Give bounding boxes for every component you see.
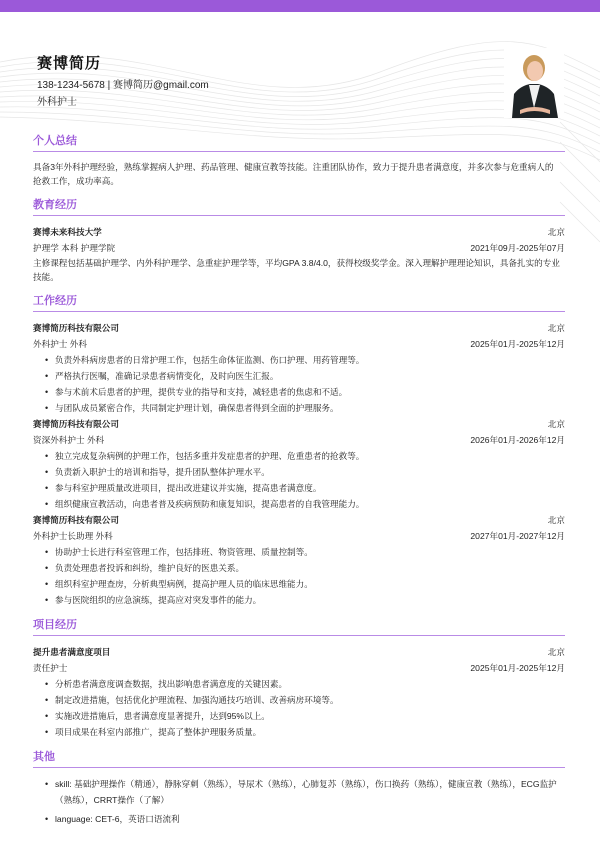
work-date: 2025年01月-2025年12月 [470, 337, 565, 351]
work-bullets: 独立完成复杂病例的护理工作，包括多重并发症患者的护理、危重患者的抢救等。 负责新… [33, 448, 565, 512]
candidate-name: 赛博简历 [37, 52, 101, 73]
work-date: 2027年01月-2027年12月 [470, 529, 565, 543]
work-location: 北京 [548, 513, 565, 527]
project-location: 北京 [548, 645, 565, 659]
position: 资深外科护士 外科 [33, 433, 104, 447]
section-title-others: 其他 [33, 748, 565, 768]
bullet-item: 参与术前术后患者的护理，提供专业的指导和支持，减轻患者的焦虑和不适。 [45, 384, 565, 400]
bullet-item: 制定改进措施，包括优化护理流程、加强沟通技巧培训、改善病房环境等。 [45, 692, 565, 708]
bullet-item: 与团队成员紧密合作，共同制定护理计划，确保患者得到全面的护理服务。 [45, 400, 565, 416]
work-row-position: 资深外科护士 外科 2026年01月-2026年12月 [33, 432, 565, 448]
work-body: 赛博简历科技有限公司 北京 外科护士 外科 2025年01月-2025年12月 … [33, 312, 565, 608]
bullet-item: 组织健康宣教活动，向患者普及疾病预防和康复知识，提高患者的自我管理能力。 [45, 496, 565, 512]
education-section: 教育经历 赛博未来科技大学 北京 护理学 本科 护理学院 2021年09月-20… [33, 196, 565, 284]
project-row-name: 提升患者满意度项目 北京 [33, 644, 565, 660]
projects-section: 项目经历 提升患者满意度项目 北京 责任护士 2025年01月-2025年12月… [33, 616, 565, 740]
summary-section: 个人总结 具备3年外科护理经验，熟练掌握病人护理、药品管理、健康宣教等技能。注重… [33, 132, 565, 188]
education-date: 2021年09月-2025年07月 [470, 241, 565, 255]
section-title-projects: 项目经历 [33, 616, 565, 636]
resume-header: 赛博简历 138-1234-5678 | 赛博简历@gmail.com 外科护士 [33, 12, 565, 124]
work-location: 北京 [548, 417, 565, 431]
work-row-company: 赛博简历科技有限公司 北京 [33, 416, 565, 432]
company-name: 赛博简历科技有限公司 [33, 513, 119, 527]
projects-body: 提升患者满意度项目 北京 责任护士 2025年01月-2025年12月 分析患者… [33, 636, 565, 740]
work-row-company: 赛博简历科技有限公司 北京 [33, 320, 565, 336]
resume-page: 赛博简历 138-1234-5678 | 赛博简历@gmail.com 外科护士… [33, 12, 565, 830]
work-entry: 赛博简历科技有限公司 北京 外科护士 外科 2025年01月-2025年12月 … [33, 320, 565, 416]
company-name: 赛博简历科技有限公司 [33, 417, 119, 431]
education-description: 主修课程包括基础护理学、内外科护理学、急重症护理学等，平均GPA 3.8/4.0… [33, 256, 565, 284]
work-section: 工作经历 赛博简历科技有限公司 北京 外科护士 外科 2025年01月-2025… [33, 292, 565, 608]
section-title-education: 教育经历 [33, 196, 565, 216]
bullet-item: 组织科室护理查房，分析典型病例，提高护理人员的临床思维能力。 [45, 576, 565, 592]
work-entry: 赛博简历科技有限公司 北京 资深外科护士 外科 2026年01月-2026年12… [33, 416, 565, 512]
major: 护理学 本科 护理学院 [33, 241, 115, 255]
bullet-item: 负责新入职护士的培训和指导，提升团队整体护理水平。 [45, 464, 565, 480]
others-body: skill: 基础护理操作（精通），静脉穿刺（熟练），导尿术（熟练），心肺复苏（… [33, 768, 565, 827]
work-entry: 赛博简历科技有限公司 北京 外科护士长助理 外科 2027年01月-2027年1… [33, 512, 565, 608]
bullet-item: 协助护士长进行科室管理工作，包括排班、物资管理、质量控制等。 [45, 544, 565, 560]
section-title-summary: 个人总结 [33, 132, 565, 152]
summary-text: 具备3年外科护理经验，熟练掌握病人护理、药品管理、健康宣教等技能。注重团队协作，… [33, 152, 565, 188]
others-list: skill: 基础护理操作（精通），静脉穿刺（熟练），导尿术（熟练），心肺复苏（… [33, 776, 565, 827]
education-body: 赛博未来科技大学 北京 护理学 本科 护理学院 2021年09月-2025年07… [33, 216, 565, 284]
project-row-role: 责任护士 2025年01月-2025年12月 [33, 660, 565, 676]
project-bullets: 分析患者满意度调查数据，找出影响患者满意度的关键因素。 制定改进措施，包括优化护… [33, 676, 565, 740]
education-row-2: 护理学 本科 护理学院 2021年09月-2025年07月 [33, 240, 565, 256]
bullet-item: 参与医院组织的应急演练，提高应对突发事件的能力。 [45, 592, 565, 608]
company-name: 赛博简历科技有限公司 [33, 321, 119, 335]
language-item: language: CET-6，英语口语流利 [45, 811, 565, 827]
work-row-company: 赛博简历科技有限公司 北京 [33, 512, 565, 528]
education-row-1: 赛博未来科技大学 北京 [33, 224, 565, 240]
bullet-item: 参与科室护理质量改进项目，提出改进建议并实施，提高患者满意度。 [45, 480, 565, 496]
project-role: 责任护士 [33, 661, 67, 675]
work-row-position: 外科护士 外科 2025年01月-2025年12月 [33, 336, 565, 352]
project-name: 提升患者满意度项目 [33, 645, 110, 659]
section-title-work: 工作经历 [33, 292, 565, 312]
top-accent-bar [0, 0, 600, 12]
work-bullets: 负责外科病房患者的日常护理工作，包括生命体征监测、伤口护理、用药管理等。 严格执… [33, 352, 565, 416]
bullet-item: 严格执行医嘱，准确记录患者病情变化，及时向医生汇报。 [45, 368, 565, 384]
bullet-item: 实施改进措施后，患者满意度显著提升，达到95%以上。 [45, 708, 565, 724]
work-date: 2026年01月-2026年12月 [470, 433, 565, 447]
education-entry: 赛博未来科技大学 北京 护理学 本科 护理学院 2021年09月-2025年07… [33, 224, 565, 284]
school-name: 赛博未来科技大学 [33, 225, 102, 239]
work-bullets: 协助护士长进行科室管理工作，包括排班、物资管理、质量控制等。 负责处理患者投诉和… [33, 544, 565, 608]
project-entry: 提升患者满意度项目 北京 责任护士 2025年01月-2025年12月 分析患者… [33, 644, 565, 740]
bullet-item: 分析患者满意度调查数据，找出影响患者满意度的关键因素。 [45, 676, 565, 692]
work-row-position: 外科护士长助理 外科 2027年01月-2027年12月 [33, 528, 565, 544]
work-location: 北京 [548, 321, 565, 335]
position: 外科护士 外科 [33, 337, 87, 351]
project-date: 2025年01月-2025年12月 [470, 661, 565, 675]
position: 外科护士长助理 外科 [33, 529, 113, 543]
skills-item: skill: 基础护理操作（精通），静脉穿刺（熟练），导尿术（熟练），心肺复苏（… [45, 776, 565, 808]
school-location: 北京 [548, 225, 565, 239]
bullet-item: 负责外科病房患者的日常护理工作，包括生命体征监测、伤口护理、用药管理等。 [45, 352, 565, 368]
job-title: 外科护士 [37, 93, 77, 108]
bullet-item: 项目成果在科室内部推广，提高了整体护理服务质量。 [45, 724, 565, 740]
bullet-item: 负责处理患者投诉和纠纷，维护良好的医患关系。 [45, 560, 565, 576]
contact-info: 138-1234-5678 | 赛博简历@gmail.com [37, 76, 209, 91]
others-section: 其他 skill: 基础护理操作（精通），静脉穿刺（熟练），导尿术（熟练），心肺… [33, 748, 565, 827]
profile-photo [504, 48, 564, 118]
bullet-item: 独立完成复杂病例的护理工作，包括多重并发症患者的护理、危重患者的抢救等。 [45, 448, 565, 464]
